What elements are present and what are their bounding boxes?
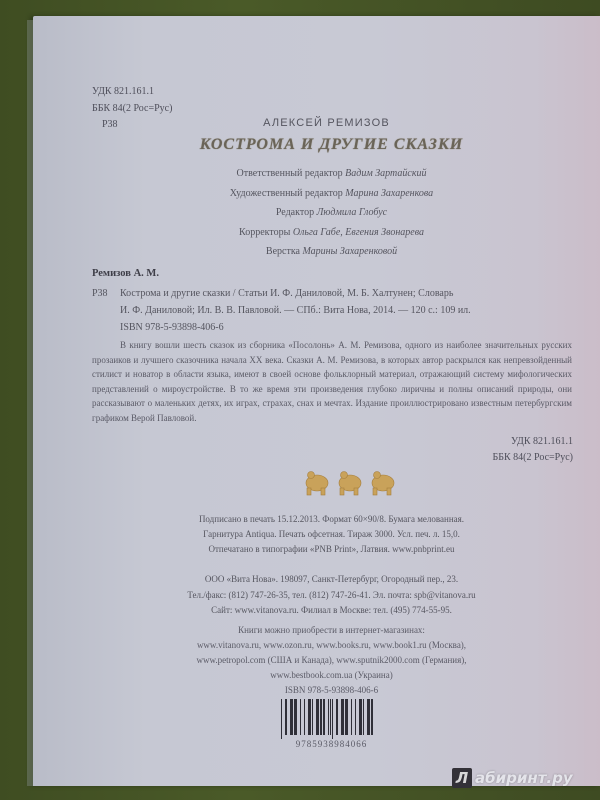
credit-line: Редактор Людмила Глобус xyxy=(63,203,600,223)
bibliographic-author: Ремизов А. М. xyxy=(92,268,159,281)
three-bears-ornament-icon xyxy=(301,469,401,497)
credit-line: Корректоры Ольга Габе, Евгения Звонарева xyxy=(63,223,600,243)
bibliographic-record: Р38Кострома и другие сказки / Статьи И. … xyxy=(92,285,572,336)
bbk-code: ББК 84(2 Рос=Рус) xyxy=(92,103,172,115)
publisher-block: ООО «Вита Нова». 198097, Санкт-Петербург… xyxy=(33,572,600,619)
credit-line: Художественный редактор Марина Захаренко… xyxy=(63,184,600,204)
book-page: УДК 821.161.1 ББК 84(2 Рос=Рус) Р38 АЛЕК… xyxy=(33,16,600,786)
annotation: В книгу вошли шесть сказок из сборника «… xyxy=(92,338,572,425)
credits-block: Ответственный редактор Вадим Зартайский … xyxy=(33,164,600,262)
credit-line: Ответственный редактор Вадим Зартайский xyxy=(63,164,600,184)
isbn: ISBN 978-5-93898-406-6 xyxy=(92,319,572,336)
barcode-icon xyxy=(277,699,377,739)
shops-block: Книги можно приобрести в интернет-магази… xyxy=(33,623,600,683)
author-name: АЛЕКСЕЙ РЕМИЗОВ xyxy=(33,117,600,130)
udk-code: УДК 821.161.1 xyxy=(92,86,154,98)
imprint-block: Подписано в печать 15.12.2013. Формат 60… xyxy=(33,512,600,557)
book-title: КОСТРОМА И ДРУГИЕ СКАЗКИ xyxy=(33,135,600,154)
barcode-isbn: ISBN 978-5-93898-406-6 xyxy=(33,685,600,695)
barcode-digits: 9785938984066 xyxy=(33,739,600,749)
credit-line: Верстка Марины Захаренковой xyxy=(63,242,600,262)
labirint-watermark: Л абиринт.ру xyxy=(452,765,573,791)
classification-bottom: УДК 821.161.1 ББК 84(2 Рос=Рус) xyxy=(493,434,573,466)
watermark-text: абиринт.ру xyxy=(475,769,573,787)
labirint-logo-icon: Л xyxy=(452,768,472,788)
